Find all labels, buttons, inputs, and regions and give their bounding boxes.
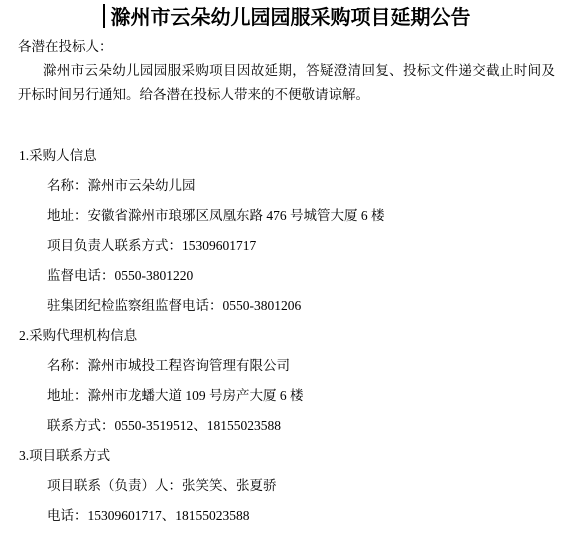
document-page: 滁州市云朵幼儿园园服采购项目延期公告 各潜在投标人： 滁州市云朵幼儿园园服采购项… xyxy=(0,0,572,538)
page-title-text: 滁州市云朵幼儿园园服采购项目延期公告 xyxy=(111,7,471,29)
section-heading: 1.采购人信息 xyxy=(18,141,555,171)
detail-line: 名称：滁州市云朵幼儿园 xyxy=(18,171,555,201)
detail-line: 地址：滁州市龙蟠大道 109 号房产大厦 6 楼 xyxy=(18,381,555,411)
intro-paragraph: 滁州市云朵幼儿园园服采购项目因故延期，答疑澄清回复、投标文件递交截止时间及开标时… xyxy=(18,59,555,107)
sections-container: 1.采购人信息 名称：滁州市云朵幼儿园地址：安徽省滁州市琅琊区凤凰东路 476 … xyxy=(18,141,555,531)
section: 2.采购代理机构信息 名称：滁州市城投工程咨询管理有限公司地址：滁州市龙蟠大道 … xyxy=(18,321,555,441)
detail-line: 名称：滁州市城投工程咨询管理有限公司 xyxy=(18,351,555,381)
detail-line: 监督电话：0550-3801220 xyxy=(18,261,555,291)
section: 1.采购人信息 名称：滁州市云朵幼儿园地址：安徽省滁州市琅琊区凤凰东路 476 … xyxy=(18,141,555,321)
text-cursor-icon xyxy=(103,4,105,28)
detail-line: 联系方式：0550-3519512、18155023588 xyxy=(18,411,555,441)
detail-line: 电话：15309601717、18155023588 xyxy=(18,501,555,531)
detail-line: 项目联系（负责）人：张笑笑、张夏骄 xyxy=(18,471,555,501)
section-lines: 名称：滁州市云朵幼儿园地址：安徽省滁州市琅琊区凤凰东路 476 号城管大厦 6 … xyxy=(18,171,555,321)
section-lines: 项目联系（负责）人：张笑笑、张夏骄电话：15309601717、18155023… xyxy=(18,471,555,531)
detail-line: 驻集团纪检监察组监督电话：0550-3801206 xyxy=(18,291,555,321)
detail-line: 地址：安徽省滁州市琅琊区凤凰东路 476 号城管大厦 6 楼 xyxy=(18,201,555,231)
detail-line: 项目负责人联系方式：15309601717 xyxy=(18,231,555,261)
page-title: 滁州市云朵幼儿园园服采购项目延期公告 xyxy=(18,2,555,34)
section-heading: 2.采购代理机构信息 xyxy=(18,321,555,351)
salutation: 各潜在投标人： xyxy=(18,35,555,59)
section-heading: 3.项目联系方式 xyxy=(18,441,555,471)
section: 3.项目联系方式 项目联系（负责）人：张笑笑、张夏骄电话：15309601717… xyxy=(18,441,555,531)
section-lines: 名称：滁州市城投工程咨询管理有限公司地址：滁州市龙蟠大道 109 号房产大厦 6… xyxy=(18,351,555,441)
